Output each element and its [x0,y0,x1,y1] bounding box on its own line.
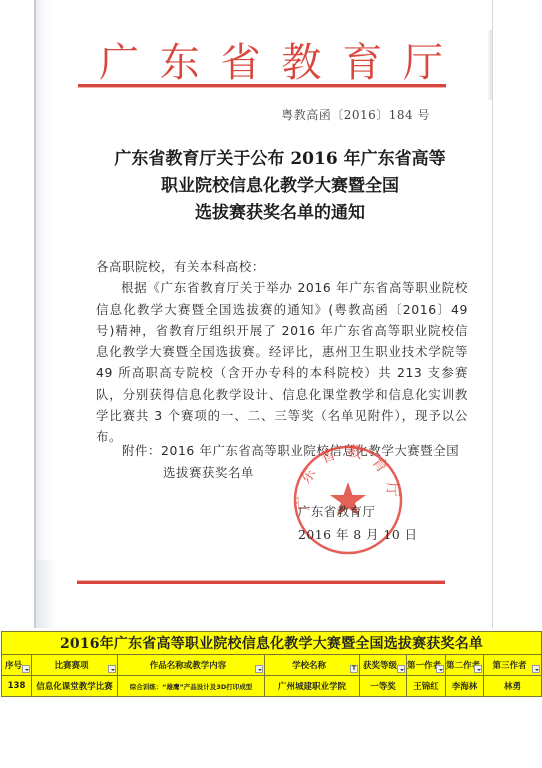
table-row: 138 信息化课堂教学比赛 综合训练：“雄鹰”产品设计及3D打印成型 广州城建职… [2,676,542,697]
filter-dropdown-icon[interactable] [397,665,405,673]
scan-shadow [36,560,56,628]
masthead-divider [78,84,446,88]
issuer-signature: 广东省教育厅 [298,502,375,520]
notice-title: 广东省教育厅关于公布 2016 年广东省高等 职业院校信息化教学大赛暨全国 选拔… [80,146,480,227]
document-number: 粤教高函〔2016〕184 号 [281,106,430,123]
filter-dropdown-icon[interactable] [532,665,540,673]
cell-award[interactable]: 一等奖 [360,676,407,697]
filter-dropdown-icon[interactable] [108,665,116,673]
cell-work-title[interactable]: 综合训练：“雄鹰”产品设计及3D打印成型 [118,676,265,697]
column-header-author2[interactable]: 第二作者 [446,655,484,676]
column-header-index[interactable]: 序号 [2,655,32,676]
title-line: 广东省教育厅关于公布 2016 年广东省高等 [80,146,480,173]
salutation: 各高职院校，有关本科高校： [96,256,468,277]
filter-dropdown-icon[interactable] [474,665,482,673]
filter-active-icon[interactable] [350,665,358,673]
column-header-event[interactable]: 比赛赛项 [32,655,118,676]
column-header-award[interactable]: 获奖等级 [360,655,407,676]
title-line: 选拔赛获奖名单的通知 [80,200,480,227]
scan-shadow [487,30,493,100]
column-header-author3[interactable]: 第三作者 [484,655,542,676]
column-header-school[interactable]: 学校名称 [265,655,360,676]
cell-author2[interactable]: 李海林 [446,676,484,697]
masthead-title: 广 东 省 教 育 厅 [96,40,446,86]
masthead-char: 省 [218,40,264,86]
spreadsheet-title: 2016年广东省高等职业院校信息化教学大赛暨全国选拔赛获奖名单 [2,632,542,655]
filter-dropdown-icon[interactable] [22,665,30,673]
cell-author3[interactable]: 林勇 [484,676,542,697]
header-row: 序号 比赛赛项 作品名称或教学内容 学校名称 获奖等级 第一作者 第二作者 第三… [2,655,542,676]
attachment-label: 附件： [122,443,161,458]
filter-dropdown-icon[interactable] [255,665,263,673]
masthead-char: 教 [278,40,324,86]
masthead-char: 育 [339,40,385,86]
award-list-spreadsheet: 2016年广东省高等职业院校信息化教学大赛暨全国选拔赛获奖名单 序号 比赛赛项 … [1,631,542,697]
column-header-work-title[interactable]: 作品名称或教学内容 [118,655,265,676]
body-paragraph: 根据《广东省教育厅关于举办 2016 年广东省高等职业院校信息化教学大赛暨全国选… [96,277,468,447]
cell-school[interactable]: 广州城建职业学院 [265,676,360,697]
filter-dropdown-icon[interactable] [436,665,444,673]
footer-divider [77,580,445,584]
issue-date: 2016 年 8 月 10 日 [298,525,418,543]
cell-index[interactable]: 138 [2,676,32,697]
cell-event[interactable]: 信息化课堂教学比赛 [32,676,118,697]
masthead-char: 广 [96,40,142,86]
notice-body: 各高职院校，有关本科高校： 根据《广东省教育厅关于举办 2016 年广东省高等职… [96,256,468,448]
title-line: 职业院校信息化教学大赛暨全国 [80,173,480,200]
column-header-author1[interactable]: 第一作者 [407,655,446,676]
masthead-char: 厅 [400,40,446,86]
cell-author1[interactable]: 王锦红 [407,676,446,697]
masthead-char: 东 [157,40,203,86]
